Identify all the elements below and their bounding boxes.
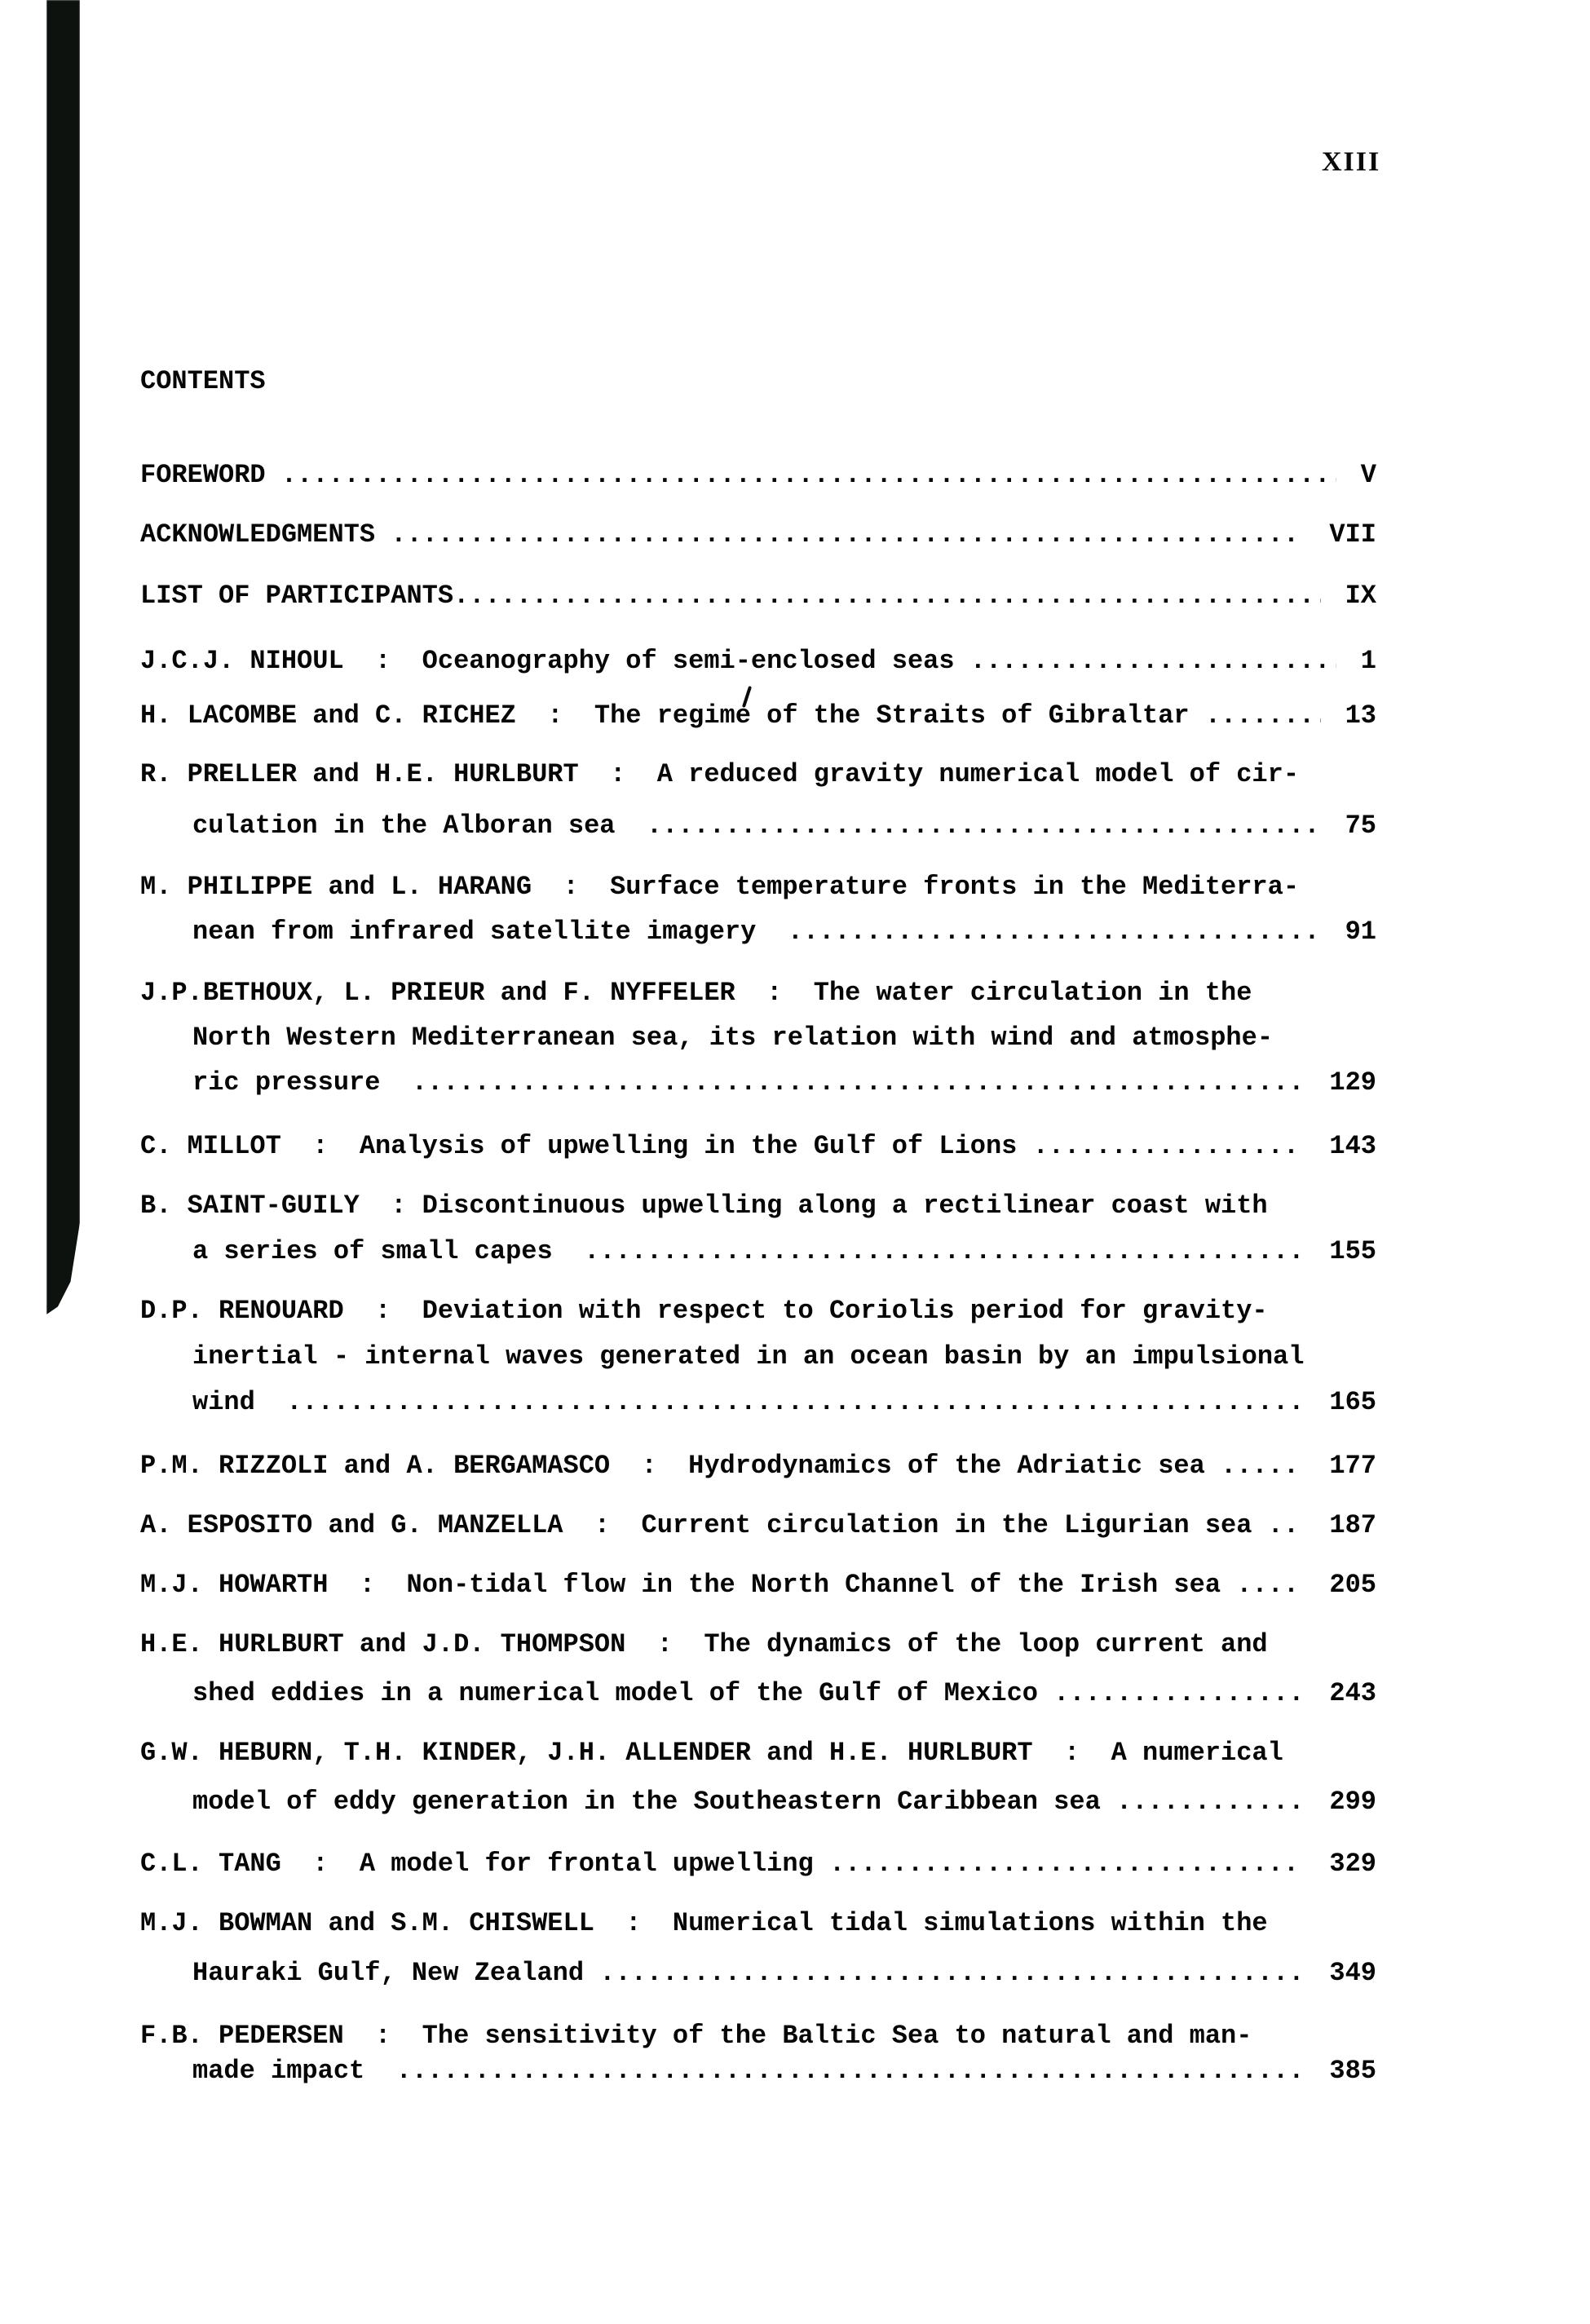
toc-entry: M.J. BOWMAN and S.M. CHISWELL : Numerica… [140,1907,1268,1940]
entry-text: model of eddy generation in the Southeas… [192,1786,1116,1818]
dot-leader: ........................................… [1268,1509,1305,1542]
dot-leader: ........................................… [281,459,1336,492]
dot-leader: ........................................… [599,1957,1305,1990]
toc-entry: B. SAINT-GUILY : Discontinuous upwelling… [140,1190,1268,1222]
scan-binding-edge-artifact [46,0,80,1314]
dot-leader: ........................................… [453,580,1321,612]
entry-text: M. PHILIPPE and L. HARANG : Surface temp… [140,871,1299,904]
dot-leader: ........................................… [788,916,1321,948]
entry-text: wind [192,1386,286,1419]
entry-page-number: 143 [1305,1130,1376,1163]
entry-text: M.J. BOWMAN and S.M. CHISWELL : Numerica… [140,1907,1268,1940]
dot-leader: ........................................… [412,1067,1305,1099]
dot-leader: ........................................… [1236,1569,1305,1602]
entry-text: FOREWORD [140,459,281,492]
toc-entry: M. PHILIPPE and L. HARANG : Surface temp… [140,871,1299,904]
toc-entry: a series of small capes ................… [192,1235,1376,1268]
contents-heading: CONTENTS [140,366,266,396]
toc-entry: Hauraki Gulf, New Zealand ..............… [192,1957,1376,1990]
entry-text: D.P. RENOUARD : Deviation with respect t… [140,1295,1268,1328]
toc-entry: C. MILLOT : Analysis of upwelling in the… [140,1130,1376,1163]
toc-entry: inertial - internal waves generated in a… [192,1341,1304,1373]
entry-text: shed eddies in a numerical model of the … [192,1677,1053,1710]
entry-page-number: 1 [1336,645,1376,678]
toc-entry: F.B. PEDERSEN : The sensitivity of the B… [140,2020,1252,2052]
dot-leader: ........................................… [1033,1130,1305,1163]
entry-text: J.C.J. NIHOUL : Oceanography of semi-enc… [140,645,970,678]
toc-entry: H. LACOMBE and C. RICHEZ : The regime of… [140,700,1376,732]
toc-entry: R. PRELLER and H.E. HURLBURT : A reduced… [140,758,1299,791]
dot-leader: ........................................… [396,2055,1305,2088]
toc-entry: model of eddy generation in the Southeas… [192,1786,1376,1818]
toc-entry: ACKNOWLEDGMENTS ........................… [140,519,1376,551]
entry-page-number: 177 [1305,1450,1376,1482]
toc-entry: G.W. HEBURN, T.H. KINDER, J.H. ALLENDER … [140,1737,1283,1770]
entry-text: nean from infrared satellite imagery [192,916,788,948]
toc-entry: M.J. HOWARTH : Non-tidal flow in the Nor… [140,1569,1376,1602]
entry-page-number: 75 [1321,810,1376,842]
toc-entry: made impact ............................… [192,2055,1376,2088]
entry-page-number: 155 [1305,1235,1376,1268]
entry-text: H.E. HURLBURT and J.D. THOMPSON : The dy… [140,1628,1268,1661]
toc-entry: ric pressure ...........................… [192,1067,1376,1099]
entry-text: inertial - internal waves generated in a… [192,1341,1304,1373]
entry-page-number: V [1336,459,1376,492]
entry-page-number: 329 [1305,1848,1376,1880]
entry-text: A. ESPOSITO and G. MANZELLA : Current ci… [140,1509,1268,1542]
entry-page-number: 13 [1321,700,1376,732]
entry-text: Hauraki Gulf, New Zealand [192,1957,599,1990]
entry-page-number: 165 [1305,1386,1376,1419]
toc-entry: LIST OF PARTICIPANTS....................… [140,580,1376,612]
dot-leader: ........................................… [970,645,1336,678]
entry-text: C. MILLOT : Analysis of upwelling in the… [140,1130,1033,1163]
entry-page-number: 129 [1305,1067,1376,1099]
entry-text: ACKNOWLEDGMENTS [140,519,391,551]
dot-leader: ........................................… [1116,1786,1305,1818]
toc-entry: J.P.BETHOUX, L. PRIEUR and F. NYFFELER :… [140,977,1252,1010]
dot-leader: ........................................… [391,519,1305,551]
toc-entry: wind ...................................… [192,1386,1376,1419]
toc-entry: North Western Mediterranean sea, its rel… [192,1022,1273,1054]
toc-entry: nean from infrared satellite imagery ...… [192,916,1376,948]
entry-page-number: 187 [1305,1509,1376,1542]
entry-text: North Western Mediterranean sea, its rel… [192,1022,1273,1054]
entry-text: G.W. HEBURN, T.H. KINDER, J.H. ALLENDER … [140,1737,1283,1770]
entry-text: M.J. HOWARTH : Non-tidal flow in the Nor… [140,1569,1236,1602]
entry-text: culation in the Alboran sea [192,810,647,842]
entry-page-number: IX [1321,580,1376,612]
dot-leader: ........................................… [1221,1450,1305,1482]
toc-entry: P.M. RIZZOLI and A. BERGAMASCO : Hydrody… [140,1450,1376,1482]
toc-entry: C.L. TANG : A model for frontal upwellin… [140,1848,1376,1880]
scanned-contents-page: XIII CONTENTS FOREWORD .................… [0,0,1590,2324]
toc-entry: FOREWORD ...............................… [140,459,1376,492]
entry-text: C.L. TANG : A model for frontal upwellin… [140,1848,829,1880]
entry-text: P.M. RIZZOLI and A. BERGAMASCO : Hydrody… [140,1450,1221,1482]
toc-entry: culation in the Alboran sea ............… [192,810,1376,842]
dot-leader: ........................................… [286,1386,1305,1419]
entry-text: ric pressure [192,1067,412,1099]
toc-entry: D.P. RENOUARD : Deviation with respect t… [140,1295,1268,1328]
entry-page-number: 91 [1321,916,1376,948]
toc-entry: shed eddies in a numerical model of the … [192,1677,1376,1710]
entry-page-number: 243 [1305,1677,1376,1710]
dot-leader: ........................................… [829,1848,1305,1880]
entry-text: a series of small capes [192,1235,584,1268]
entry-text: LIST OF PARTICIPANTS [140,580,453,612]
entry-text: F.B. PEDERSEN : The sensitivity of the B… [140,2020,1252,2052]
page-number-folio: XIII [1322,147,1380,178]
toc-entry: J.C.J. NIHOUL : Oceanography of semi-enc… [140,645,1376,678]
entry-text: made impact [192,2055,396,2088]
entry-text: B. SAINT-GUILY : Discontinuous upwelling… [140,1190,1268,1222]
entry-text: R. PRELLER and H.E. HURLBURT : A reduced… [140,758,1299,791]
dot-leader: ........................................… [1053,1677,1305,1710]
dot-leader: ........................................… [584,1235,1305,1268]
entry-text: J.P.BETHOUX, L. PRIEUR and F. NYFFELER :… [140,977,1252,1010]
dot-leader: ........................................… [1205,700,1321,732]
entry-page-number: VII [1305,519,1376,551]
entry-page-number: 205 [1305,1569,1376,1602]
toc-entry: A. ESPOSITO and G. MANZELLA : Current ci… [140,1509,1376,1542]
dot-leader: ........................................… [647,810,1321,842]
entry-page-number: 349 [1305,1957,1376,1990]
entry-page-number: 299 [1305,1786,1376,1818]
toc-entry: H.E. HURLBURT and J.D. THOMPSON : The dy… [140,1628,1268,1661]
entry-text: H. LACOMBE and C. RICHEZ : The regime of… [140,700,1205,732]
entry-page-number: 385 [1305,2055,1376,2088]
